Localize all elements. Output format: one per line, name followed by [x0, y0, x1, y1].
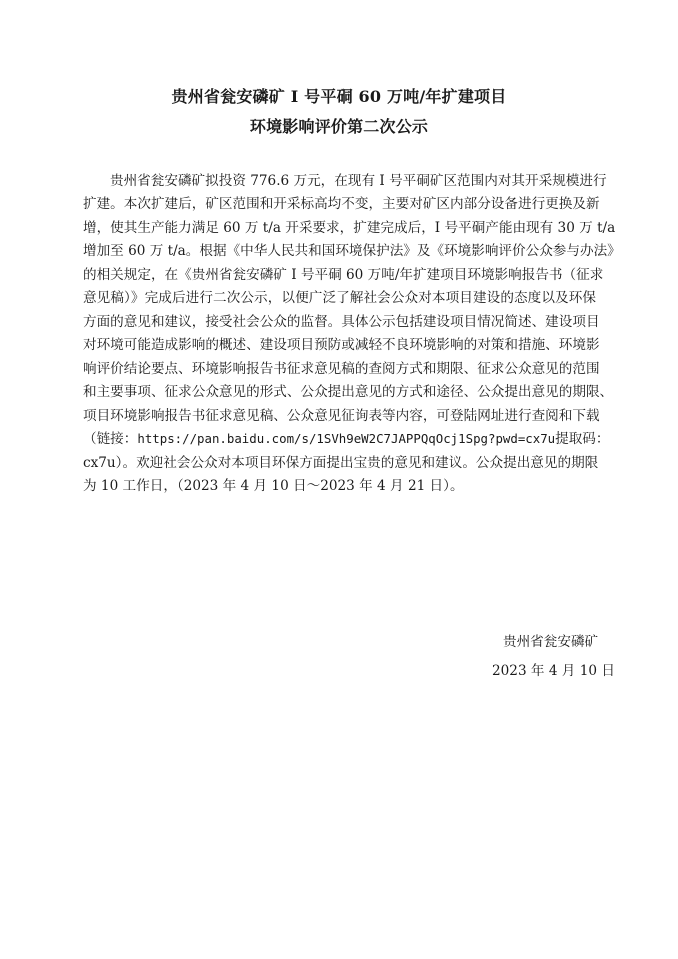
body-line: cx7u）。欢迎社会公众对本项目环保方面提出宝贵的意见和建议。公众提出意见的期限 — [83, 454, 596, 472]
download-link[interactable]: https://pan.baidu.com/s/1SVh9eW2C7JAPPQq… — [137, 430, 555, 448]
signature-date: 2023 年 4 月 10 日 — [492, 662, 615, 680]
body-line: 项目环境影响报告书征求意见稿、公众意见征询表等内容，可登陆网址进行查阅和下载 — [83, 407, 596, 425]
link-line: （链接： https://pan.baidu.com/s/1SVh9eW2C7J… — [83, 430, 596, 448]
body-line: 增，使其生产能力满足 60 万 t/a 开采要求，扩建完成后，I 号平硐产能由现… — [83, 219, 596, 237]
document-title: 贵州省瓮安磷矿 I 号平硐 60 万吨/年扩建项目 — [0, 87, 678, 107]
body-line: 扩建。本次扩建后，矿区范围和开采标高均不变，主要对矿区内部分设备进行更换及新 — [83, 195, 596, 213]
signature-organization: 贵州省瓮安磷矿 — [503, 633, 598, 651]
body-line: 方面的意见和建议，接受社会公众的监督。具体公示包括建设项目情况简述、建设项目 — [83, 313, 596, 331]
body-line: 意见稿）》完成后进行二次公示，以便广泛了解社会公众对本项目建设的态度以及环保 — [83, 289, 596, 307]
body-line: 的相关规定，在《贵州省瓮安磷矿 I 号平硐 60 万吨/年扩建项目环境影响报告书… — [83, 266, 596, 284]
body-line: 为 10 工作日，（2023 年 4 月 10 日～2023 年 4 月 21 … — [83, 477, 596, 495]
document-subtitle: 环境影响评价第二次公示 — [0, 117, 678, 137]
extraction-code-label: 提取码： — [555, 430, 609, 448]
body-line: 响评价结论要点、环境影响报告书征求意见稿的查阅方式和期限、征求公众意见的范围 — [83, 360, 596, 378]
link-prefix: （链接： — [83, 430, 137, 448]
body-line: 对环境可能造成影响的概述、建设项目预防或减轻不良环境影响的对策和措施、环境影 — [83, 336, 596, 354]
body-line: 和主要事项、征求公众意见的形式、公众提出意见的方式和途径、公众提出意见的期限、 — [83, 383, 596, 401]
body-line: 增加至 60 万 t/a。根据《中华人民共和国环境保护法》及《环境影响评价公众参… — [83, 242, 596, 260]
body-line: 贵州省瓮安磷矿拟投资 776.6 万元，在现有 I 号平硐矿区范围内对其开采规模… — [110, 172, 596, 190]
